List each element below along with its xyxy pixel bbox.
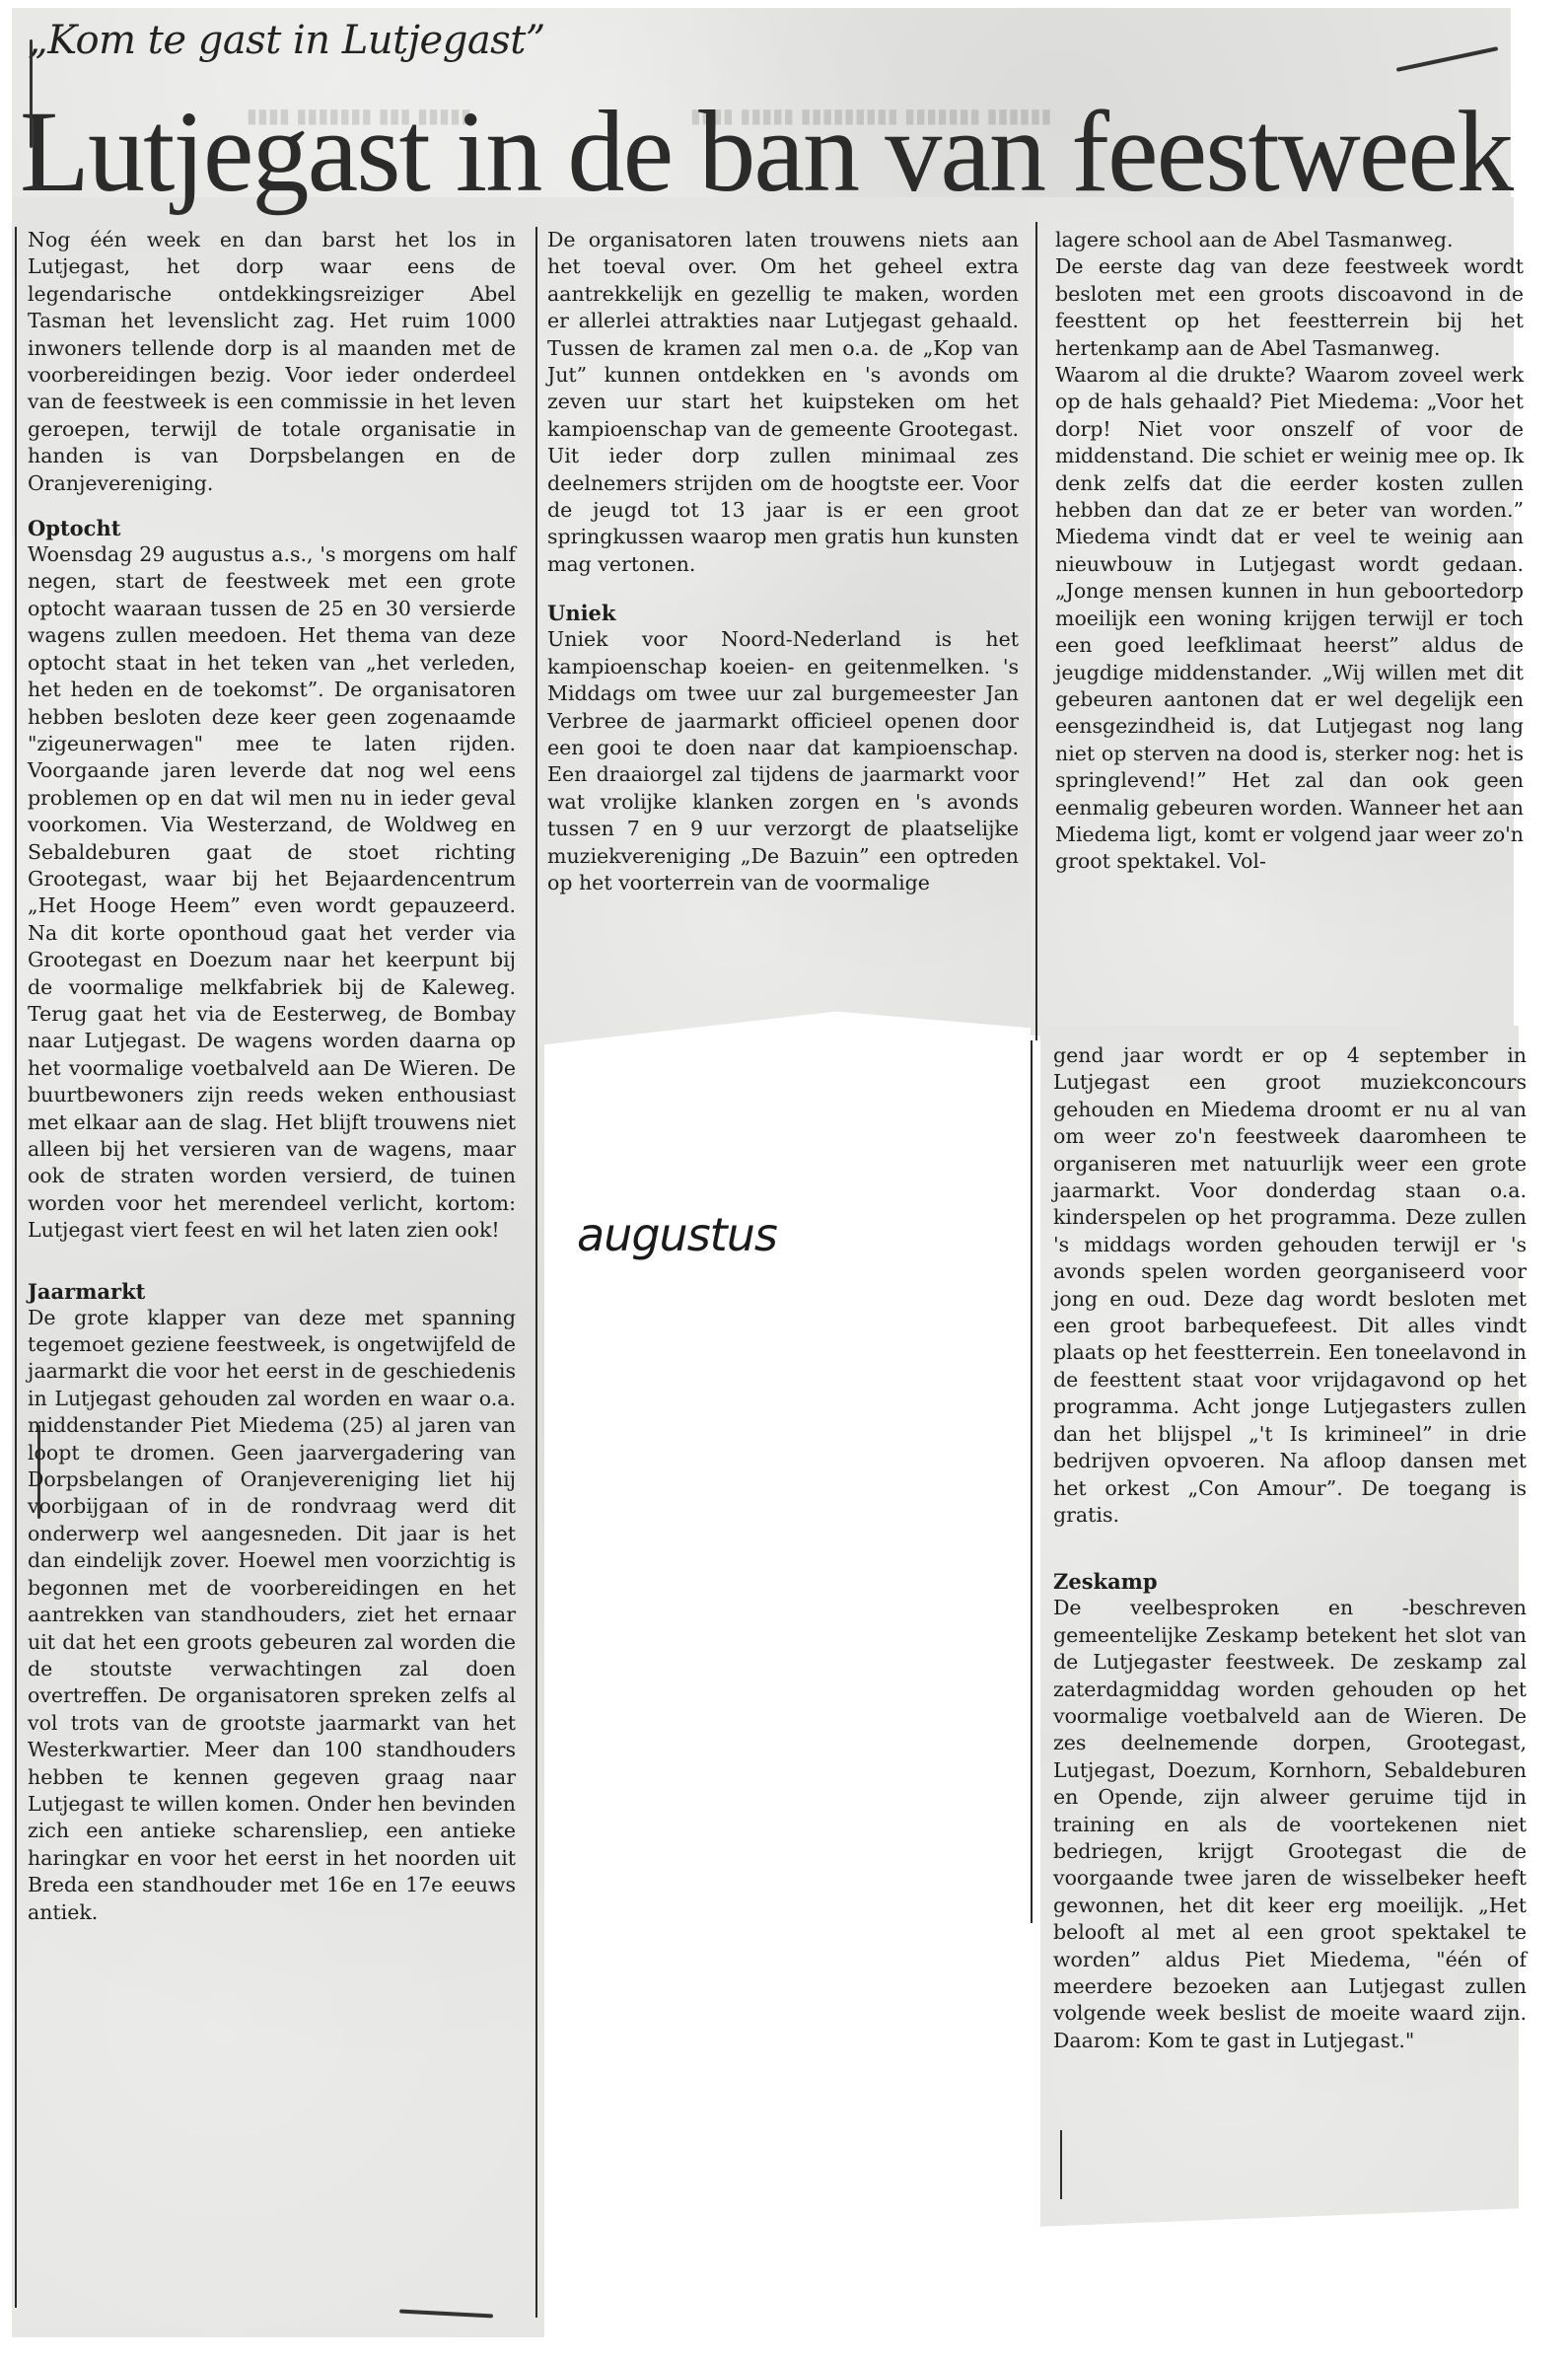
attrakties-paragraph: De organisatoren laten trouwens niets aa… xyxy=(547,227,1019,578)
article-left-column: Nog één week en dan barst het los in Lut… xyxy=(28,227,516,1926)
article-right-column-top: lagere school aan de Abel Tasmanweg. De … xyxy=(1055,227,1524,876)
article-middle-column: De organisatoren laten trouwens niets aa… xyxy=(547,227,1019,896)
column-divider-mid-right-top xyxy=(1035,222,1037,1040)
column-divider-right-bottom-end xyxy=(1060,2130,1062,2199)
right-bottom-paragraph: gend jaar wordt er op 4 september in Lut… xyxy=(1053,1042,1527,1529)
uniek-paragraph: Uniek voor Noord-Nederland is het kampio… xyxy=(547,626,1019,896)
column-divider-left xyxy=(15,227,17,2308)
article-kicker: „Kom te gast in Lutjegast” xyxy=(28,18,545,63)
section-heading-optocht: Optocht xyxy=(28,515,516,541)
zeskamp-paragraph: De veelbesproken en -beschreven gemeente… xyxy=(1053,1595,1527,2054)
section-heading-zeskamp: Zeskamp xyxy=(1053,1568,1527,1595)
section-heading-uniek: Uniek xyxy=(547,600,1019,626)
handwritten-note: augustus xyxy=(577,1208,777,1261)
column-divider-left-mid xyxy=(535,227,537,2318)
article-headline: Lutjegast in de ban van feestweek xyxy=(20,94,1496,210)
article-right-column-bottom: gend jaar wordt er op 4 september in Lut… xyxy=(1053,1042,1527,2054)
intro-paragraph: Nog één week en dan barst het los in Lut… xyxy=(28,227,516,497)
pen-mark-vertical-top xyxy=(30,39,33,148)
optocht-paragraph: Woensdag 29 augustus a.s., 's morgens om… xyxy=(28,541,516,1245)
section-heading-jaarmarkt: Jaarmarkt xyxy=(28,1278,516,1305)
right-top-paragraph: lagere school aan de Abel Tasmanweg. De … xyxy=(1055,227,1524,876)
column-divider-mid-right-bottom xyxy=(1031,1040,1033,1923)
jaarmarkt-paragraph: De grote klapper van deze met spanning t… xyxy=(28,1305,516,1926)
